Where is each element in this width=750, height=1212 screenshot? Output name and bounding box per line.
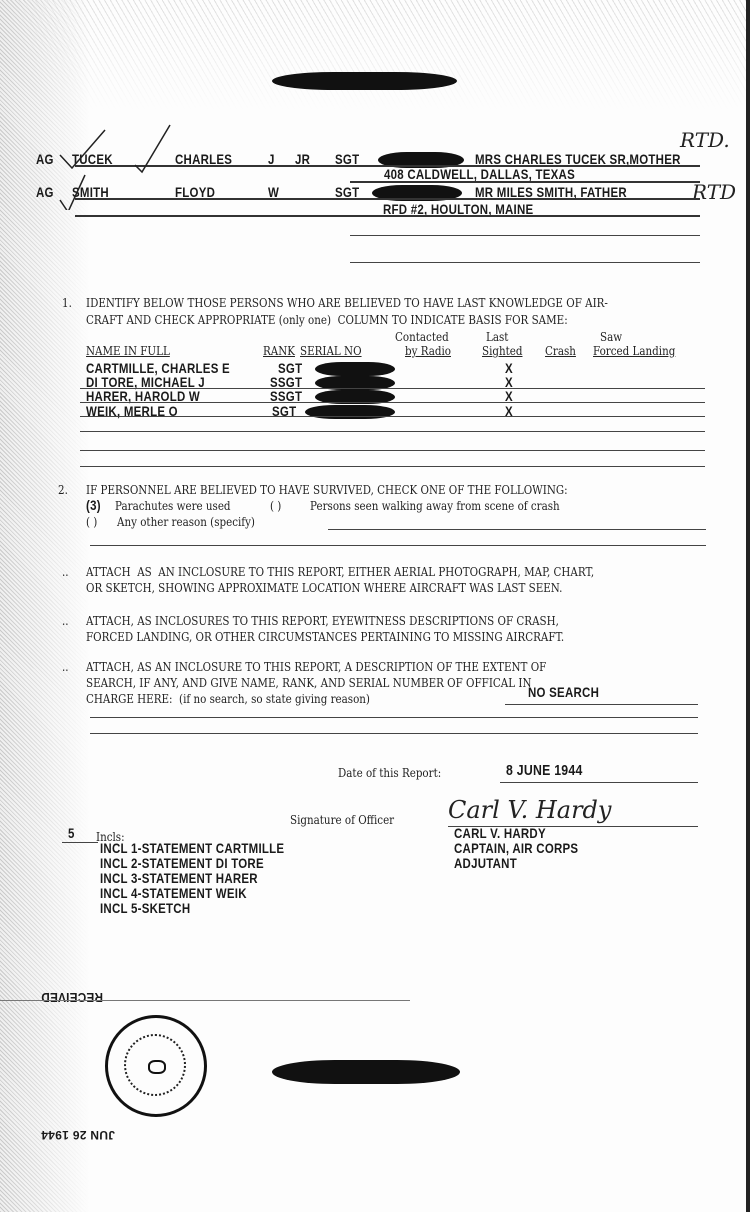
col-header-name: NAME IN FULL: [86, 344, 170, 358]
col-header-crash: Crash: [545, 344, 576, 358]
date-value: 8 JUNE 1944: [506, 762, 583, 779]
col-header-rank: RANK: [263, 344, 295, 358]
crew-address: 408 CALDWELL, DALLAS, TEXAS: [384, 166, 575, 182]
stamp-date-text: JUN 26 1944: [41, 1128, 115, 1142]
section-text: CHARGE HERE: (if no search, so state giv…: [86, 692, 370, 706]
redaction-serial: [315, 362, 395, 376]
date-label: Date of this Report:: [338, 766, 441, 780]
signature-handwritten: Carl V. Hardy: [448, 796, 611, 824]
rule: [80, 466, 705, 467]
section-text: FORCED LANDING, OR OTHER CIRCUMSTANCES P…: [86, 630, 564, 644]
parachute-checkbox[interactable]: (3): [86, 497, 101, 513]
rule: [75, 215, 700, 217]
rule: [80, 416, 705, 417]
search-answer: NO SEARCH: [528, 684, 599, 700]
section-text: IDENTIFY BELOW THOSE PERSONS WHO ARE BEL…: [86, 296, 608, 310]
bullet: ..: [62, 565, 69, 579]
rule: [350, 181, 700, 183]
inclosure-item: INCL 1-STATEMENT CARTMILLE: [100, 840, 284, 856]
section-number: 2.: [58, 483, 68, 497]
bullet: ..: [62, 660, 69, 674]
inclosure-item: INCL 4-STATEMENT WEIK: [100, 885, 247, 901]
officer-title: ADJUTANT: [454, 855, 517, 871]
rule: [505, 704, 698, 705]
inclosure-item: INCL 5-SKETCH: [100, 900, 190, 916]
rule: [350, 262, 700, 263]
redaction-footer: [272, 1060, 460, 1084]
crew-annotation: RTD: [692, 180, 736, 204]
rule: [62, 842, 98, 843]
col-header-serial: SERIAL NO: [300, 344, 362, 358]
col-header-forced: Forced Landing: [593, 344, 675, 358]
col-header-radio: Contacted: [395, 330, 449, 344]
inclosure-item: INCL 2-STATEMENT DI TORE: [100, 855, 264, 871]
section-text: SEARCH, IF ANY, AND GIVE NAME, RANK, AND…: [86, 676, 532, 690]
rule: [80, 450, 705, 451]
other-reason-field[interactable]: [328, 529, 706, 530]
rule: [90, 717, 698, 718]
checkmark-icon: [50, 120, 190, 210]
redaction-header: [272, 72, 457, 90]
rule: [500, 782, 698, 783]
officer-name: CARL V. HARDY: [454, 825, 546, 841]
col-header-radio: by Radio: [405, 344, 451, 358]
other-label: Any other reason (specify): [117, 515, 255, 529]
walking-checkbox[interactable]: ( ): [270, 499, 281, 513]
scan-noise-top: [0, 0, 750, 110]
inclosure-count: 5: [68, 825, 75, 841]
rule: [350, 235, 700, 236]
rule: [90, 545, 706, 546]
section-text: ATTACH, AS AN INCLOSURE TO THIS REPORT, …: [86, 660, 546, 674]
bullet: ..: [62, 614, 69, 628]
col-header-forced: Saw: [600, 330, 622, 344]
inclosure-item: INCL 3-STATEMENT HARER: [100, 870, 258, 886]
section-number: 1.: [62, 296, 72, 310]
walking-label: Persons seen walking away from scene of …: [310, 499, 560, 513]
rule: [90, 733, 698, 734]
rule: [80, 431, 705, 432]
col-header-sighted: Last: [486, 330, 508, 344]
other-checkbox[interactable]: ( ): [86, 515, 97, 529]
section-text: CRAFT AND CHECK APPROPRIATE (only one) C…: [86, 313, 568, 327]
rule: [80, 388, 705, 389]
officer-title: CAPTAIN, AIR CORPS: [454, 840, 578, 856]
section-text: OR SKETCH, SHOWING APPROXIMATE LOCATION …: [86, 581, 562, 595]
col-header-sighted: Sighted: [482, 344, 522, 358]
signature-label: Signature of Officer: [290, 813, 394, 827]
scan-edge: [746, 0, 750, 1212]
stamp-received-text: RECEIVED: [41, 990, 103, 1005]
rule: [0, 1000, 410, 1001]
stamp-seal-icon: [105, 1015, 207, 1117]
crew-annotation: RTD.: [680, 128, 730, 152]
parachute-label: Parachutes were used: [115, 499, 231, 513]
section-text: ATTACH AS AN INCLOSURE TO THIS REPORT, E…: [86, 565, 594, 579]
section-text: ATTACH, AS INCLOSURES TO THIS REPORT, EY…: [86, 614, 559, 628]
rule: [80, 402, 705, 403]
section-text: IF PERSONNEL ARE BELIEVED TO HAVE SURVIV…: [86, 483, 568, 497]
